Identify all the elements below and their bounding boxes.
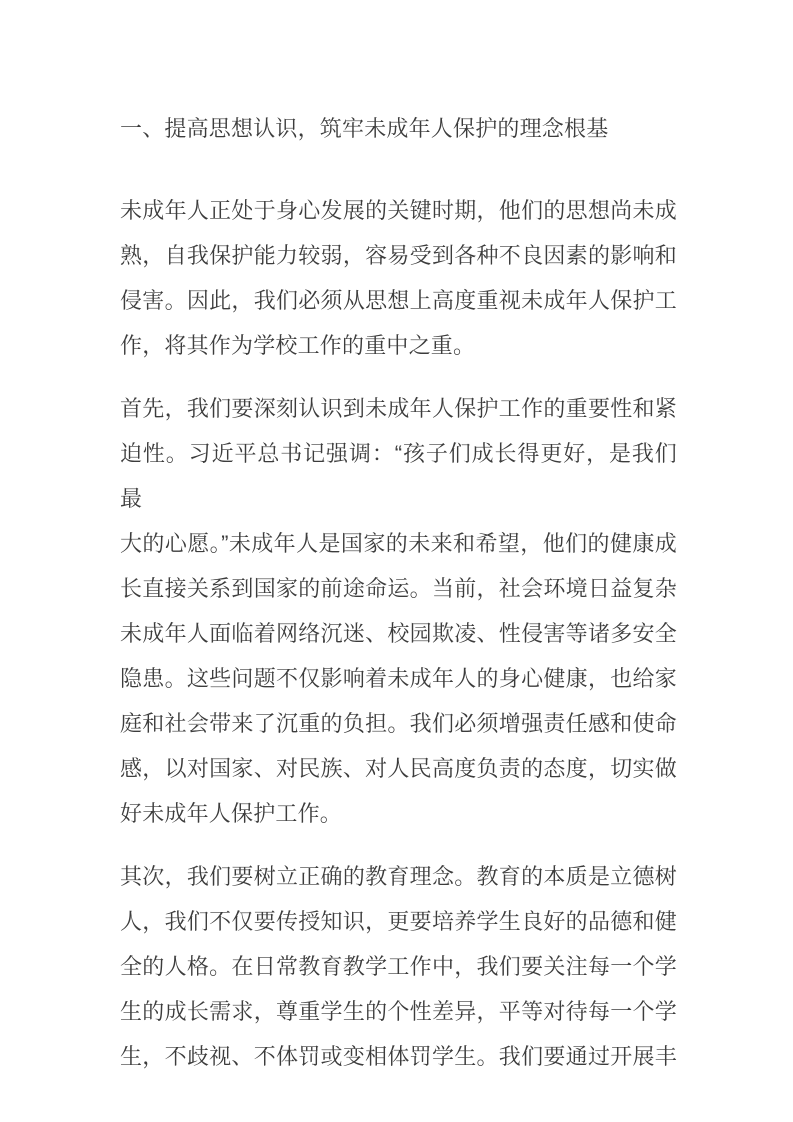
text-line: 其次，我们要树立正确的教育理念。教育的本质是立德树 [120, 854, 677, 899]
document-content: 一、提高思想认识，筑牢未成年人保护的理念根基 未成年人正处于身心发展的关键时期，… [120, 106, 677, 1079]
text-line: 生，不歧视、不体罚或变相体罚学生。我们要通过开展丰 [120, 1034, 677, 1079]
text-line: 全的人格。在日常教育教学工作中，我们要关注每一个学 [120, 944, 677, 989]
text-line: 未成年人面临着网络沉迷、校园欺凌、性侵害等诸多安全 [120, 611, 677, 656]
text-line: 好未成年人保护工作。 [120, 791, 677, 836]
text-line: 感，以对国家、对民族、对人民高度负责的态度，切实做 [120, 746, 677, 791]
paragraph: 其次，我们要树立正确的教育理念。教育的本质是立德树人，我们不仅要传授知识，更要培… [120, 854, 677, 1079]
text-line: 庭和社会带来了沉重的负担。我们必须增强责任感和使命 [120, 701, 677, 746]
paragraph: 未成年人正处于身心发展的关键时期，他们的思想尚未成熟，自我保护能力较弱，容易受到… [120, 188, 677, 368]
text-line: 大的心愿。”未成年人是国家的未来和希望，他们的健康成 [120, 521, 677, 566]
text-line: 生的成长需求，尊重学生的个性差异，平等对待每一个学 [120, 989, 677, 1034]
text-line: 首先，我们要深刻认识到未成年人保护工作的重要性和紧 [120, 386, 677, 431]
document-body: 未成年人正处于身心发展的关键时期，他们的思想尚未成熟，自我保护能力较弱，容易受到… [120, 188, 677, 1079]
paragraph: 首先，我们要深刻认识到未成年人保护工作的重要性和紧迫性。习近平总书记强调：“孩子… [120, 386, 677, 836]
text-line: 长直接关系到国家的前途命运。当前，社会环境日益复杂 [120, 566, 677, 611]
text-line: 隐患。这些问题不仅影响着未成年人的身心健康，也给家 [120, 656, 677, 701]
text-line: 熟，自我保护能力较弱，容易受到各种不良因素的影响和 [120, 233, 677, 278]
text-line: 侵害。因此，我们必须从思想上高度重视未成年人保护工 [120, 278, 677, 323]
document-page: 一、提高思想认识，筑牢未成年人保护的理念根基 未成年人正处于身心发展的关键时期，… [0, 0, 793, 1122]
text-line: 迫性。习近平总书记强调：“孩子们成长得更好，是我们最 [120, 431, 677, 521]
section-heading: 一、提高思想认识，筑牢未成年人保护的理念根基 [120, 106, 677, 151]
text-line: 作，将其作为学校工作的重中之重。 [120, 323, 677, 368]
text-line: 人，我们不仅要传授知识，更要培养学生良好的品德和健 [120, 899, 677, 944]
text-line: 未成年人正处于身心发展的关键时期，他们的思想尚未成 [120, 188, 677, 233]
